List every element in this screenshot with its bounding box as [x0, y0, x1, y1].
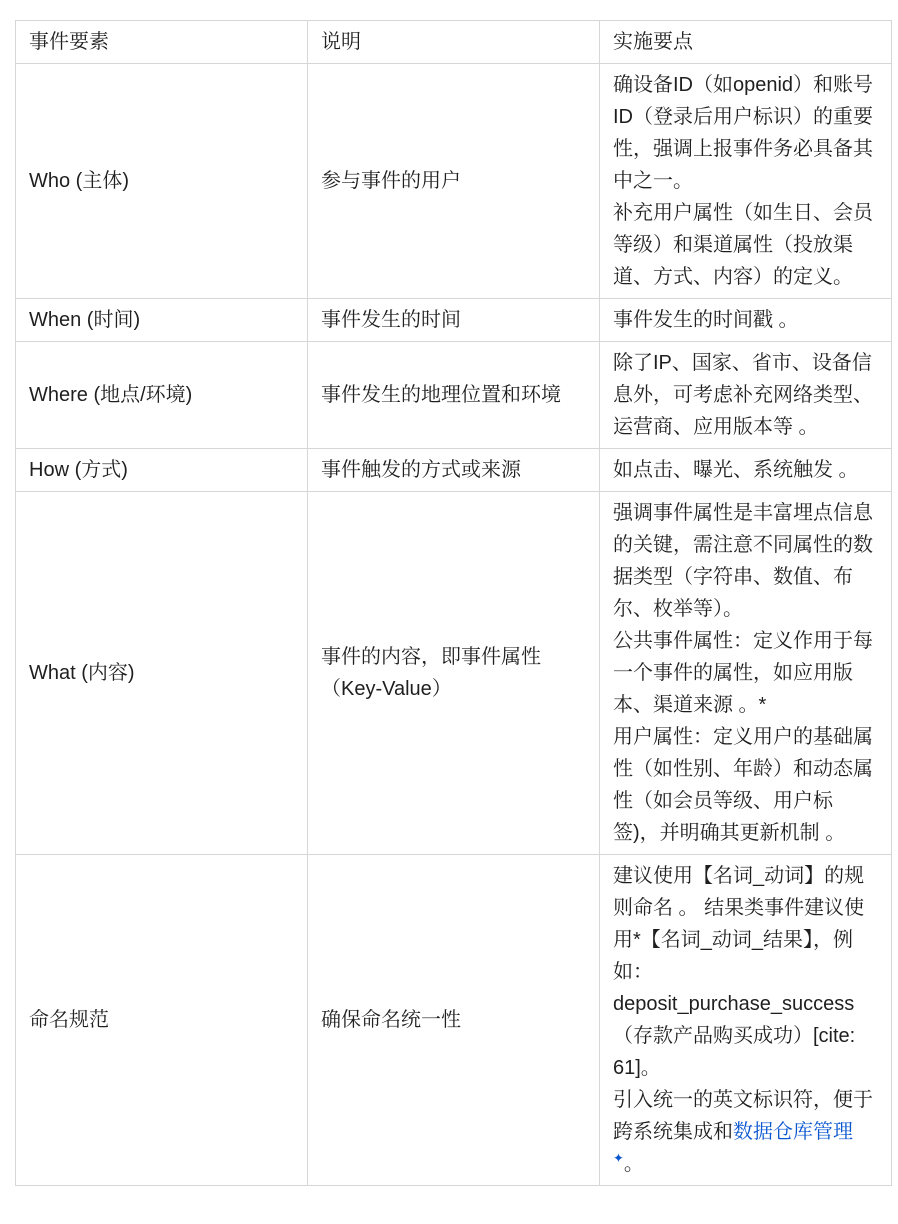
cell-description: 事件发生的时间: [308, 299, 600, 342]
element-label: What (内容): [29, 662, 135, 684]
table-row-where: Where (地点/环境) 事件发生的地理位置和环境 除了IP、国家、省市、设备…: [16, 342, 892, 449]
table-row-who: Who (主体) 参与事件的用户 确设备ID（如openid）和账号ID（登录后…: [16, 64, 892, 299]
sparkle-icon: ✦: [613, 1150, 624, 1165]
points-text-suffix: 。: [624, 1153, 644, 1175]
header-label: 事件要素: [29, 31, 109, 53]
points-text: 除了IP、国家、省市、设备信息外，可考虑补充网络类型、运营商、应用版本等 。: [613, 352, 873, 438]
table-body: Who (主体) 参与事件的用户 确设备ID（如openid）和账号ID（登录后…: [16, 64, 892, 1186]
element-label: Who (主体): [29, 170, 129, 192]
table-row-what: What (内容) 事件的内容，即事件属性（Key-Value） 强调事件属性是…: [16, 492, 892, 855]
points-text: 事件发生的时间戳 。: [613, 309, 799, 331]
table-row-how: How (方式) 事件触发的方式或来源 如点击、曝光、系统触发 。: [16, 449, 892, 492]
element-label: Where (地点/环境): [29, 384, 192, 406]
header-label: 说明: [321, 31, 361, 53]
cell-description: 参与事件的用户: [308, 64, 600, 299]
cell-points: 建议使用【名词_动词】的规则命名 。 结果类事件建议使用*【名词_动词_结果】，…: [600, 855, 892, 1186]
description-text: 确保命名统一性: [321, 1009, 461, 1031]
col-header-implementation-points: 实施要点: [600, 21, 892, 64]
cell-description: 事件发生的地理位置和环境: [308, 342, 600, 449]
col-header-description: 说明: [308, 21, 600, 64]
cell-points: 如点击、曝光、系统触发 。: [600, 449, 892, 492]
document-page: 事件要素 说明 实施要点 Who (主体) 参与事件的用户 确设备ID（如ope…: [15, 20, 892, 1186]
description-text: 事件发生的地理位置和环境: [321, 384, 561, 406]
cell-element: How (方式): [16, 449, 308, 492]
link-label: 数据仓库管理: [733, 1121, 853, 1143]
element-label: 命名规范: [29, 1009, 109, 1031]
header-label: 实施要点: [613, 31, 693, 53]
description-text: 事件发生的时间: [321, 309, 461, 331]
col-header-event-element: 事件要素: [16, 21, 308, 64]
table-row-naming-convention: 命名规范 确保命名统一性 建议使用【名词_动词】的规则命名 。 结果类事件建议使…: [16, 855, 892, 1186]
cell-points: 除了IP、国家、省市、设备信息外，可考虑补充网络类型、运营商、应用版本等 。: [600, 342, 892, 449]
cell-element: Who (主体): [16, 64, 308, 299]
cell-element: What (内容): [16, 492, 308, 855]
cell-points: 强调事件属性是丰富埋点信息的关键，需注意不同属性的数据类型（字符串、数值、布尔、…: [600, 492, 892, 855]
cell-description: 事件的内容，即事件属性（Key-Value）: [308, 492, 600, 855]
event-elements-table: 事件要素 说明 实施要点 Who (主体) 参与事件的用户 确设备ID（如ope…: [15, 20, 892, 1186]
cell-element: 命名规范: [16, 855, 308, 1186]
element-label: When (时间): [29, 309, 140, 331]
cell-description: 确保命名统一性: [308, 855, 600, 1186]
cell-points: 确设备ID（如openid）和账号ID（登录后用户标识）的重要性，强调上报事件务…: [600, 64, 892, 299]
table-header: 事件要素 说明 实施要点: [16, 21, 892, 64]
description-text: 事件的内容，即事件属性（Key-Value）: [321, 646, 541, 700]
points-text: 建议使用【名词_动词】的规则命名 。 结果类事件建议使用*【名词_动词_结果】，…: [613, 865, 873, 1143]
cell-points: 事件发生的时间戳 。: [600, 299, 892, 342]
description-text: 事件触发的方式或来源: [321, 459, 521, 481]
element-label: How (方式): [29, 459, 128, 481]
points-text: 强调事件属性是丰富埋点信息的关键，需注意不同属性的数据类型（字符串、数值、布尔、…: [613, 502, 873, 844]
description-text: 参与事件的用户: [321, 170, 461, 192]
cell-description: 事件触发的方式或来源: [308, 449, 600, 492]
cell-element: Where (地点/环境): [16, 342, 308, 449]
points-text: 确设备ID（如openid）和账号ID（登录后用户标识）的重要性，强调上报事件务…: [613, 74, 873, 288]
cell-element: When (时间): [16, 299, 308, 342]
header-row: 事件要素 说明 实施要点: [16, 21, 892, 64]
points-text: 如点击、曝光、系统触发 。: [613, 459, 859, 481]
table-row-when: When (时间) 事件发生的时间 事件发生的时间戳 。: [16, 299, 892, 342]
